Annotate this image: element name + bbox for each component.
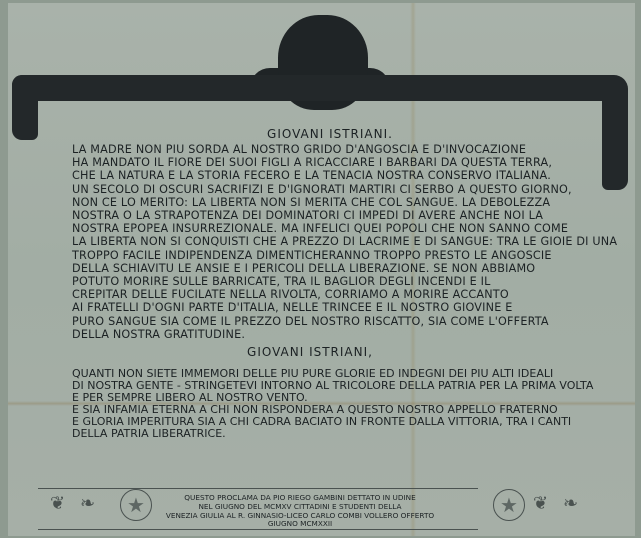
text-line: CHE LA NATURA E LA STORIA FECERO E LA TE… <box>72 169 630 182</box>
text-line: NOSTRA EPOPEA INSURREZIONALE. MA INFELIC… <box>72 222 630 235</box>
text-line: CREPITAR DELLE FUCILATE NELLA RIVOLTA, C… <box>72 288 630 301</box>
star-icon: ★ <box>120 489 152 521</box>
paragraph-1: LA MADRE NON PIU SORDA AL NOSTRO GRIDO D… <box>72 143 630 341</box>
text-line: DELLA SCHIAVITU LE ANSIE E I PERICOLI DE… <box>72 262 630 275</box>
frame-top-border <box>12 75 628 101</box>
leaf-icon: ❦ <box>533 493 548 514</box>
text-line: DELLA NOSTRA GRATITUDINE. <box>72 328 630 341</box>
text-line: DELLA PATRIA LIBERATRICE. <box>72 428 593 440</box>
text-line: LA LIBERTA NON SI CONQUISTI CHE A PREZZO… <box>72 235 630 248</box>
paragraph-2: QUANTI NON SIETE IMMEMORI DELLE PIU PURE… <box>72 368 593 440</box>
ornament-left: ❦ ❧ ★ <box>40 487 160 529</box>
leaf-icon: ❦ <box>50 493 65 514</box>
leaf-icon: ❧ <box>80 493 95 514</box>
leaf-icon: ❧ <box>563 493 578 514</box>
dedication-text: QUESTO PROCLAMA DA PIO RIEGO GAMBINI DET… <box>150 494 450 529</box>
text-line: HA MANDATO IL FIORE DEI SUOI FIGLI A RIC… <box>72 156 630 169</box>
text-line: PURO SANGUE SIA COME IL PREZZO DEL NOSTR… <box>72 315 630 328</box>
proclamation-body: GIOVANI ISTRIANI. LA MADRE NON PIU SORDA… <box>70 127 630 341</box>
text-line: NON CE LO MERITO: LA LIBERTA NON SI MERI… <box>72 196 630 209</box>
star-icon: ★ <box>493 489 525 521</box>
text-line: GIUGNO MCMXXII <box>150 520 450 529</box>
ornament-right: ★ ❦ ❧ <box>488 487 608 529</box>
text-line: AI FRATELLI D'OGNI PARTE D'ITALIA, NELLE… <box>72 301 630 314</box>
text-line: POTUTO MORIRE SULLE BARRICATE, TRA IL BA… <box>72 275 630 288</box>
proclamation-subtitle: GIOVANI ISTRIANI, <box>70 345 550 359</box>
proclamation-title: GIOVANI ISTRIANI. <box>30 127 630 141</box>
text-line: TROPPO FACILE INDIPENDENZA DIMENTICHERAN… <box>72 249 630 262</box>
text-line: LA MADRE NON PIU SORDA AL NOSTRO GRIDO D… <box>72 143 630 156</box>
text-line: NOSTRA O LA STRAPOTENZA DEI DOMINATORI C… <box>72 209 630 222</box>
text-line: UN SECOLO DI OSCURI SACRIFIZI E D'IGNORA… <box>72 183 630 196</box>
